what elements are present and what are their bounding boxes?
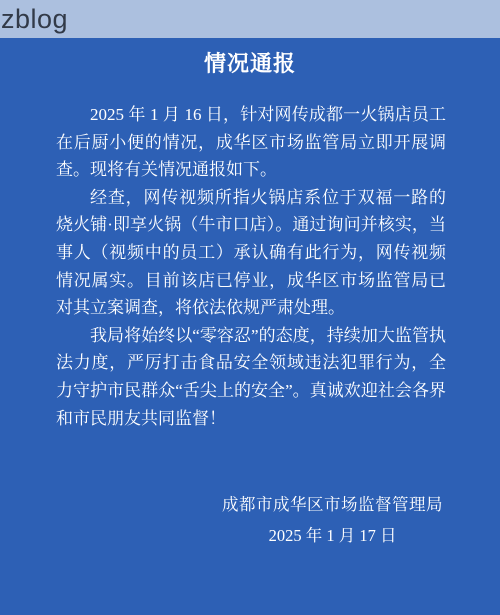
site-header: zblog <box>0 0 500 38</box>
issuer-name: 成都市成华区市场监督管理局 <box>222 491 443 519</box>
notice-paragraph-1: 2025 年 1 月 16 日，针对网传成都一火锅店员工在后厨小便的情况，成华区… <box>56 101 446 184</box>
notice-title: 情况通报 <box>0 38 500 79</box>
notice-page: zblog 情况通报 2025 年 1 月 16 日，针对网传成都一火锅店员工在… <box>0 0 500 615</box>
notice-paragraph-3: 我局将始终以“零容忍”的态度，持续加大监管执法力度，严厉打击食品安全领域违法犯罪… <box>56 322 446 432</box>
notice-content: 2025 年 1 月 16 日，针对网传成都一火锅店员工在后厨小便的情况，成华区… <box>56 101 446 432</box>
issue-date: 2025 年 1 月 17 日 <box>222 522 443 550</box>
site-logo[interactable]: zblog <box>0 0 68 38</box>
notice-paragraph-2: 经查，网传视频所指火锅店系位于双福一路的烧火铺·即享火锅（牛市口店）。通过询问并… <box>56 184 446 322</box>
notice-document: 情况通报 2025 年 1 月 16 日，针对网传成都一火锅店员工在后厨小便的情… <box>0 38 500 550</box>
signature-block: 成都市成华区市场监督管理局 2025 年 1 月 17 日 <box>222 491 443 550</box>
